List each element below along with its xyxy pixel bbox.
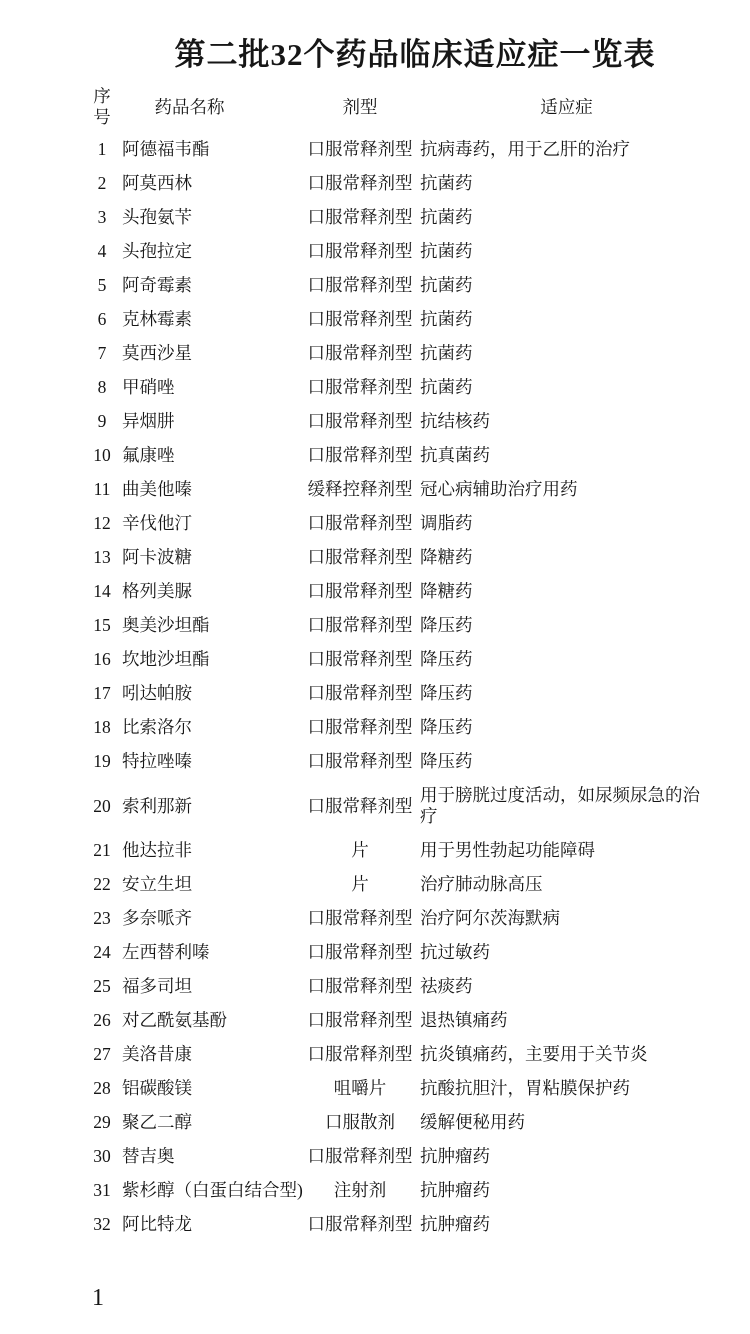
cell-drug-name: 异烟肼 (122, 411, 305, 432)
cell-indication: 降压药 (420, 615, 713, 636)
cell-drug-name: 克林霉素 (122, 309, 305, 330)
table-row: 23 多奈哌齐 口服常释剂型 治疗阿尔茨海默病 (87, 908, 717, 929)
cell-drug-name: 特拉唑嗪 (122, 751, 305, 772)
cell-index: 13 (87, 547, 117, 568)
cell-indication: 抗炎镇痛药，主要用于关节炎 (420, 1044, 713, 1065)
cell-index: 18 (87, 717, 117, 738)
cell-dosage-form: 口服常释剂型 (305, 377, 415, 398)
cell-indication: 抗肿瘤药 (420, 1214, 713, 1235)
cell-index: 29 (87, 1112, 117, 1133)
cell-drug-name: 阿德福韦酯 (122, 139, 305, 160)
cell-drug-name: 对乙酰氨基酚 (122, 1010, 305, 1031)
table-row: 5 阿奇霉素 口服常释剂型 抗菌药 (87, 275, 717, 296)
cell-drug-name: 他达拉非 (122, 840, 305, 861)
cell-dosage-form: 口服常释剂型 (305, 547, 415, 568)
table-row: 17 吲达帕胺 口服常释剂型 降压药 (87, 683, 717, 704)
cell-index: 27 (87, 1044, 117, 1065)
cell-indication: 降压药 (420, 751, 713, 772)
cell-drug-name: 左西替利嗪 (122, 942, 305, 963)
cell-dosage-form: 口服常释剂型 (305, 1146, 415, 1167)
cell-dosage-form: 口服常释剂型 (305, 309, 415, 330)
table-row: 4 头孢拉定 口服常释剂型 抗菌药 (87, 241, 717, 262)
cell-drug-name: 氟康唑 (122, 445, 305, 466)
cell-drug-name: 比索洛尔 (122, 717, 305, 738)
cell-dosage-form: 口服常释剂型 (305, 796, 415, 817)
cell-index: 19 (87, 751, 117, 772)
cell-dosage-form: 口服常释剂型 (305, 411, 415, 432)
cell-indication: 抗菌药 (420, 207, 713, 228)
table-header-row: 序号 药品名称 剂型 适应症 (87, 86, 717, 128)
cell-index: 31 (87, 1180, 117, 1201)
cell-drug-name: 替吉奥 (122, 1146, 305, 1167)
cell-drug-name: 甲硝唑 (122, 377, 305, 398)
cell-dosage-form: 咀嚼片 (305, 1078, 415, 1099)
table-row: 1 阿德福韦酯 口服常释剂型 抗病毒药，用于乙肝的治疗 (87, 139, 717, 160)
table-row: 32 阿比特龙 口服常释剂型 抗肿瘤药 (87, 1214, 717, 1235)
cell-index: 5 (87, 275, 117, 296)
cell-drug-name: 阿莫西林 (122, 173, 305, 194)
cell-dosage-form: 口服常释剂型 (305, 139, 415, 160)
cell-indication: 退热镇痛药 (420, 1010, 713, 1031)
header-dosage-form: 剂型 (305, 97, 415, 118)
cell-indication: 抗菌药 (420, 241, 713, 262)
cell-dosage-form: 口服常释剂型 (305, 751, 415, 772)
cell-dosage-form: 口服常释剂型 (305, 976, 415, 997)
cell-index: 16 (87, 649, 117, 670)
cell-indication: 降压药 (420, 717, 713, 738)
cell-index: 3 (87, 207, 117, 228)
table-row: 21 他达拉非 片 用于男性勃起功能障碍 (87, 840, 717, 861)
cell-drug-name: 福多司坦 (122, 976, 305, 997)
cell-indication: 抗酸抗胆汁，胃粘膜保护药 (420, 1078, 713, 1099)
cell-index: 1 (87, 139, 117, 160)
table-row: 8 甲硝唑 口服常释剂型 抗菌药 (87, 377, 717, 398)
cell-drug-name: 安立生坦 (122, 874, 305, 895)
table-body: 1 阿德福韦酯 口服常释剂型 抗病毒药，用于乙肝的治疗 2 阿莫西林 口服常释剂… (87, 139, 717, 1235)
cell-indication: 降糖药 (420, 581, 713, 602)
table-row: 29 聚乙二醇 口服散剂 缓解便秘用药 (87, 1112, 717, 1133)
header-indication: 适应症 (420, 97, 713, 118)
cell-drug-name: 莫西沙星 (122, 343, 305, 364)
cell-index: 26 (87, 1010, 117, 1031)
cell-indication: 抗病毒药，用于乙肝的治疗 (420, 139, 713, 160)
table-row: 26 对乙酰氨基酚 口服常释剂型 退热镇痛药 (87, 1010, 717, 1031)
cell-dosage-form: 片 (305, 840, 415, 861)
cell-indication: 用于膀胱过度活动，如尿频尿急的治疗 (420, 785, 713, 827)
cell-index: 7 (87, 343, 117, 364)
cell-dosage-form: 口服常释剂型 (305, 1214, 415, 1235)
cell-drug-name: 阿比特龙 (122, 1214, 305, 1235)
cell-dosage-form: 口服常释剂型 (305, 513, 415, 534)
cell-drug-name: 坎地沙坦酯 (122, 649, 305, 670)
cell-dosage-form: 口服常释剂型 (305, 1044, 415, 1065)
cell-indication: 调脂药 (420, 513, 713, 534)
cell-dosage-form: 片 (305, 874, 415, 895)
table-row: 11 曲美他嗪 缓释控释剂型 冠心病辅助治疗用药 (87, 479, 717, 500)
table-row: 7 莫西沙星 口服常释剂型 抗菌药 (87, 343, 717, 364)
table-row: 10 氟康唑 口服常释剂型 抗真菌药 (87, 445, 717, 466)
cell-index: 28 (87, 1078, 117, 1099)
cell-dosage-form: 缓释控释剂型 (305, 479, 415, 500)
cell-indication: 治疗肺动脉高压 (420, 874, 713, 895)
table-row: 2 阿莫西林 口服常释剂型 抗菌药 (87, 173, 717, 194)
cell-indication: 抗结核药 (420, 411, 713, 432)
cell-indication: 降压药 (420, 683, 713, 704)
cell-indication: 用于男性勃起功能障碍 (420, 840, 713, 861)
table-row: 3 头孢氨苄 口服常释剂型 抗菌药 (87, 207, 717, 228)
table-row: 28 铝碳酸镁 咀嚼片 抗酸抗胆汁，胃粘膜保护药 (87, 1078, 717, 1099)
cell-dosage-form: 口服散剂 (305, 1112, 415, 1133)
cell-dosage-form: 口服常释剂型 (305, 343, 415, 364)
cell-index: 8 (87, 377, 117, 398)
cell-indication: 缓解便秘用药 (420, 1112, 713, 1133)
table-row: 30 替吉奥 口服常释剂型 抗肿瘤药 (87, 1146, 717, 1167)
cell-drug-name: 辛伐他汀 (122, 513, 305, 534)
table-row: 16 坎地沙坦酯 口服常释剂型 降压药 (87, 649, 717, 670)
cell-dosage-form: 口服常释剂型 (305, 649, 415, 670)
cell-index: 20 (87, 796, 117, 817)
cell-indication: 治疗阿尔茨海默病 (420, 908, 713, 929)
cell-index: 32 (87, 1214, 117, 1235)
cell-index: 23 (87, 908, 117, 929)
cell-dosage-form: 口服常释剂型 (305, 717, 415, 738)
cell-index: 17 (87, 683, 117, 704)
cell-dosage-form: 口服常释剂型 (305, 581, 415, 602)
cell-dosage-form: 口服常释剂型 (305, 445, 415, 466)
cell-dosage-form: 口服常释剂型 (305, 173, 415, 194)
cell-drug-name: 吲达帕胺 (122, 683, 305, 704)
cell-index: 14 (87, 581, 117, 602)
cell-indication: 抗菌药 (420, 275, 713, 296)
table-row: 9 异烟肼 口服常释剂型 抗结核药 (87, 411, 717, 432)
cell-indication: 抗真菌药 (420, 445, 713, 466)
cell-drug-name: 阿奇霉素 (122, 275, 305, 296)
cell-drug-name: 曲美他嗪 (122, 479, 305, 500)
table-row: 19 特拉唑嗪 口服常释剂型 降压药 (87, 751, 717, 772)
cell-index: 21 (87, 840, 117, 861)
cell-dosage-form: 口服常释剂型 (305, 908, 415, 929)
cell-drug-name: 头孢氨苄 (122, 207, 305, 228)
cell-drug-name: 铝碳酸镁 (122, 1078, 305, 1099)
cell-drug-name: 聚乙二醇 (122, 1112, 305, 1133)
page-number: 1 (92, 1284, 104, 1312)
cell-indication: 抗肿瘤药 (420, 1146, 713, 1167)
cell-dosage-form: 口服常释剂型 (305, 207, 415, 228)
cell-drug-name: 奥美沙坦酯 (122, 615, 305, 636)
cell-index: 15 (87, 615, 117, 636)
table-row: 18 比索洛尔 口服常释剂型 降压药 (87, 717, 717, 738)
drug-table: 序号 药品名称 剂型 适应症 1 阿德福韦酯 口服常释剂型 抗病毒药，用于乙肝的… (87, 86, 717, 1235)
cell-index: 11 (87, 479, 117, 500)
header-index: 序号 (87, 86, 117, 128)
cell-index: 6 (87, 309, 117, 330)
cell-dosage-form: 口服常释剂型 (305, 275, 415, 296)
cell-dosage-form: 口服常释剂型 (305, 942, 415, 963)
cell-drug-name: 紫杉醇（白蛋白结合型) (122, 1180, 305, 1201)
cell-indication: 降糖药 (420, 547, 713, 568)
cell-index: 30 (87, 1146, 117, 1167)
cell-drug-name: 格列美脲 (122, 581, 305, 602)
cell-index: 4 (87, 241, 117, 262)
cell-index: 24 (87, 942, 117, 963)
cell-indication: 抗菌药 (420, 343, 713, 364)
table-row: 31 紫杉醇（白蛋白结合型) 注射剂 抗肿瘤药 (87, 1180, 717, 1201)
cell-indication: 抗肿瘤药 (420, 1180, 713, 1201)
cell-index: 9 (87, 411, 117, 432)
cell-dosage-form: 口服常释剂型 (305, 615, 415, 636)
cell-dosage-form: 口服常释剂型 (305, 1010, 415, 1031)
cell-index: 25 (87, 976, 117, 997)
header-drug-name: 药品名称 (122, 97, 305, 118)
cell-index: 10 (87, 445, 117, 466)
cell-drug-name: 阿卡波糖 (122, 547, 305, 568)
document-page: 第二批32个药品临床适应症一览表 序号 药品名称 剂型 适应症 1 阿德福韦酯 … (0, 0, 750, 1334)
table-row: 24 左西替利嗪 口服常释剂型 抗过敏药 (87, 942, 717, 963)
table-row: 25 福多司坦 口服常释剂型 祛痰药 (87, 976, 717, 997)
cell-drug-name: 索利那新 (122, 796, 305, 817)
cell-indication: 冠心病辅助治疗用药 (420, 479, 713, 500)
table-row: 6 克林霉素 口服常释剂型 抗菌药 (87, 309, 717, 330)
cell-dosage-form: 口服常释剂型 (305, 241, 415, 262)
cell-indication: 祛痰药 (420, 976, 713, 997)
cell-indication: 抗菌药 (420, 173, 713, 194)
cell-indication: 抗过敏药 (420, 942, 713, 963)
table-row: 27 美洛昔康 口服常释剂型 抗炎镇痛药，主要用于关节炎 (87, 1044, 717, 1065)
cell-drug-name: 美洛昔康 (122, 1044, 305, 1065)
cell-drug-name: 头孢拉定 (122, 241, 305, 262)
cell-index: 2 (87, 173, 117, 194)
table-row: 20 索利那新 口服常释剂型 用于膀胱过度活动，如尿频尿急的治疗 (87, 785, 717, 827)
cell-indication: 抗菌药 (420, 377, 713, 398)
table-row: 12 辛伐他汀 口服常释剂型 调脂药 (87, 513, 717, 534)
cell-index: 12 (87, 513, 117, 534)
table-row: 14 格列美脲 口服常释剂型 降糖药 (87, 581, 717, 602)
cell-indication: 降压药 (420, 649, 713, 670)
table-row: 15 奥美沙坦酯 口服常释剂型 降压药 (87, 615, 717, 636)
cell-indication: 抗菌药 (420, 309, 713, 330)
page-title: 第二批32个药品临床适应症一览表 (80, 36, 750, 74)
cell-index: 22 (87, 874, 117, 895)
cell-drug-name: 多奈哌齐 (122, 908, 305, 929)
table-row: 22 安立生坦 片 治疗肺动脉高压 (87, 874, 717, 895)
table-row: 13 阿卡波糖 口服常释剂型 降糖药 (87, 547, 717, 568)
cell-dosage-form: 口服常释剂型 (305, 683, 415, 704)
cell-dosage-form: 注射剂 (305, 1180, 415, 1201)
